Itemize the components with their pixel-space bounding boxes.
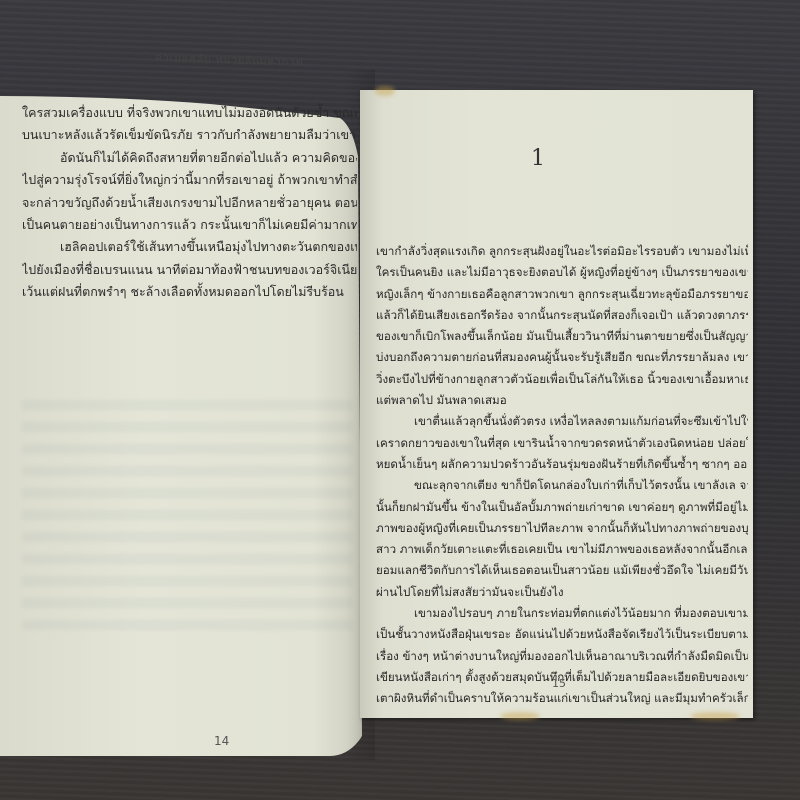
text-line: หยดน้ำเย็นๆ ผลักความปวดร้าวอันร้อนรุ่มขอ… [376, 454, 748, 475]
text-line: เขามองไปรอบๆ ภายในกระท่อมที่ตกแต่งไว้น้อ… [376, 603, 748, 624]
text-line: หญิงเล็กๆ ข้างกายเธอคือลูกสาวพวกเขา ลูกก… [376, 284, 748, 305]
text-line: สาว ภาพเด็กวัยเตาะแตะที่เธอเคยเป็น เขาไม… [376, 539, 748, 560]
text-line: ไปสู่ความรุ่งโรจน์ที่ยิ่งใหญ่กว่านี้มากท… [22, 169, 357, 191]
text-line: บ่งบอกถึงความตายก่อนที่สมองคนผู้นั้นจะรั… [376, 347, 748, 368]
text-line: เฮลิคอปเตอร์ใช้เส้นทางขึ้นเหนือมุ่งไปทาง… [22, 236, 357, 258]
right-page-number: 15 [552, 677, 566, 690]
text-line: เว้นแต่ฝนที่ตกพรำๆ ชะล้างเลือดทั้งหมดออก… [22, 281, 357, 303]
text-line: เป็นชั้นวางหนังสือฝุ่นเขรอะ อัดแน่นไปด้ว… [376, 624, 748, 645]
paper-stain [375, 86, 395, 96]
text-line: ขณะลุกจากเตียง ขาก็ปัดโดนกล่องใบเก่าที่เ… [376, 475, 748, 496]
paper-stain [500, 712, 540, 720]
text-line: ภาพของผู้หญิงที่เคยเป็นภรรยาไปทีละภาพ จา… [376, 518, 748, 539]
text-line: เป็นคนตายอย่างเป็นทางการแล้ว กระนั้นเขาก… [22, 214, 357, 236]
text-line: เคราดกยาวของเขาในที่สุด เขารินน้ำจากขวดร… [376, 433, 748, 454]
left-page-number: 14 [214, 734, 229, 748]
text-line: นั้นก็ยกฝามันขึ้น ข้างในเป็นอัลบั้มภาพถ่… [376, 497, 748, 518]
text-line: ไปยังเมืองที่ชื่อเบรนแนน นาทีต่อมาท้องฟ้… [22, 259, 357, 281]
left-page-body: ใครสวมเครื่องแบบ ที่จริงพวกเขาแทบไม่มองอ… [22, 102, 357, 304]
text-line: แต่พลาดไป มันพลาดเสมอ [376, 390, 748, 411]
text-line: วิ่งตะบึงไปที่ข้างกายลูกสาวตัวน้อยเพื่อเ… [376, 369, 748, 390]
text-line: ใครสวมเครื่องแบบ ที่จริงพวกเขาแทบไม่มองอ… [22, 102, 357, 124]
text-line: ยอมแลกชีวิตกับการได้เห็นเธอตอนเป็นสาวน้อ… [376, 560, 748, 581]
right-page-body: เขากำลังวิ่งสุดแรงเกิด ลูกกระสุนฝังอยู่ใ… [376, 241, 748, 710]
text-line: อัดนันก็ไม่ได้คิดถึงสหายที่ตายอีกต่อไปแล… [22, 147, 357, 169]
text-line: ใครเป็นคนยิง และไม่มีอาวุธจะยิงตอบได้ ผู… [376, 262, 748, 283]
text-line: แล้วก็ได้ยินเสียงเธอกรีดร้อง จากนั้นกระส… [376, 305, 748, 326]
text-line: บนเบาะหลังแล้วรัดเข็มขัดนิรภัย ราวกับกำล… [22, 124, 357, 146]
text-line: ของเขาก็เบิกโพลงขึ้นเล็กน้อย มันเป็นเสี้… [376, 326, 748, 347]
text-line: เขากำลังวิ่งสุดแรงเกิด ลูกกระสุนฝังอยู่ใ… [376, 241, 748, 262]
text-line: เขาตื่นแล้วลุกขึ้นนั่งตัวตรง เหงื่อไหลลง… [376, 411, 748, 432]
text-line: เตาผิงหินที่ดำเป็นคราบให้ความร้อนแก่เขาเ… [376, 688, 748, 709]
text-line: จะกล่าวขวัญถึงด้วยน้ำเสียงเกรงขามไปอีกหล… [22, 192, 357, 214]
chapter-number: 1 [531, 146, 545, 171]
show-through-text [22, 400, 352, 630]
text-line: ผ่านไปโดยที่ไม่สงสัยว่ามันจะเป็นยังไง [376, 582, 748, 603]
text-line: เรื่อง ข้างๆ หน้าต่างบานใหญ่ที่มองออกไปเ… [376, 646, 748, 667]
paper-stain [690, 712, 740, 720]
